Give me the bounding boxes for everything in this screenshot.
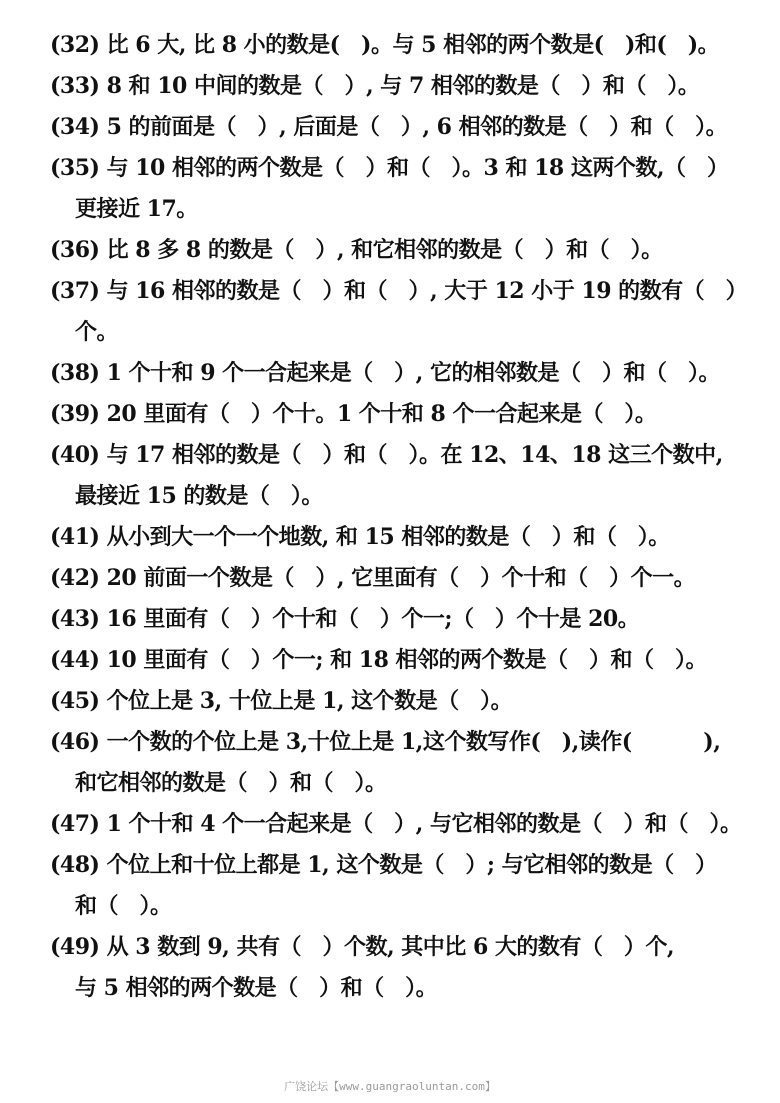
problem-34-line-1: (34) 5 的前面是（ ）, 后面是（ ）, 6 相邻的数是（ ）和（ ）。 [50, 112, 727, 142]
problem-42-line-1: (42) 20 前面一个数是（ ）, 它里面有（ ）个十和（ ）个一。 [50, 563, 695, 593]
problem-45-line-1: (45) 个位上是 3, 十位上是 1, 这个数是（ ）。 [50, 686, 512, 716]
worksheet-page: (32) 比 6 大, 比 8 小的数是( )。与 5 相邻的两个数是( )和(… [0, 0, 780, 1103]
problem-35-line-1: (35) 与 10 相邻的两个数是（ ）和（ ）。3 和 18 这两个数,（ ） [50, 153, 729, 183]
problem-49-line-2: 与 5 相邻的两个数是（ ）和（ ）。 [75, 973, 437, 1003]
problem-43-line-1: (43) 16 里面有（ ）个十和（ ）个一;（ ）个十是 20。 [50, 604, 639, 634]
problem-36-line-1: (36) 比 8 多 8 的数是（ ）, 和它相邻的数是（ ）和（ ）。 [50, 235, 663, 265]
footer-watermark: 广饶论坛【www.guangraoluntan.com】 [0, 1078, 780, 1094]
problem-48-line-1: (48) 个位上和十位上都是 1, 这个数是（ ）; 与它相邻的数是（ ） [50, 850, 717, 880]
problem-40-line-1: (40) 与 17 相邻的数是（ ）和（ ）。在 12、14、18 这三个数中, [50, 440, 723, 470]
problem-41-line-1: (41) 从小到大一个一个地数, 和 15 相邻的数是（ ）和（ ）。 [50, 522, 670, 552]
problem-46-line-1: (46) 一个数的个位上是 3,十位上是 1,这个数写作( ),读作( ), [50, 727, 720, 757]
problem-33-line-1: (33) 8 和 10 中间的数是（ ）, 与 7 相邻的数是（ ）和（ ）。 [50, 71, 699, 101]
problem-48-line-2: 和（ ）。 [75, 891, 171, 921]
problem-38-line-1: (38) 1 个十和 9 个一合起来是（ ）, 它的相邻数是（ ）和（ ）。 [50, 358, 720, 388]
problem-47-line-1: (47) 1 个十和 4 个一合起来是（ ）, 与它相邻的数是（ ）和（ ）。 [50, 809, 741, 839]
problem-49-line-1: (49) 从 3 数到 9, 共有（ ）个数, 其中比 6 大的数有（ ）个, [50, 932, 674, 962]
problem-39-line-1: (39) 20 里面有（ ）个十。1 个十和 8 个一合起来是（ ）。 [50, 399, 656, 429]
problem-32-line-1: (32) 比 6 大, 比 8 小的数是( )。与 5 相邻的两个数是( )和(… [50, 30, 719, 60]
problem-46-line-2: 和它相邻的数是（ ）和（ ）。 [75, 768, 386, 798]
problem-35-line-2: 更接近 17。 [75, 194, 198, 224]
problem-37-line-1: (37) 与 16 相邻的数是（ ）和（ ）, 大于 12 小于 19 的数有（… [50, 276, 747, 306]
problem-44-line-1: (44) 10 里面有（ ）个一; 和 18 相邻的两个数是（ ）和（ ）。 [50, 645, 707, 675]
problem-37-line-2: 个。 [75, 317, 118, 347]
problem-40-line-2: 最接近 15 的数是（ ）。 [75, 481, 323, 511]
